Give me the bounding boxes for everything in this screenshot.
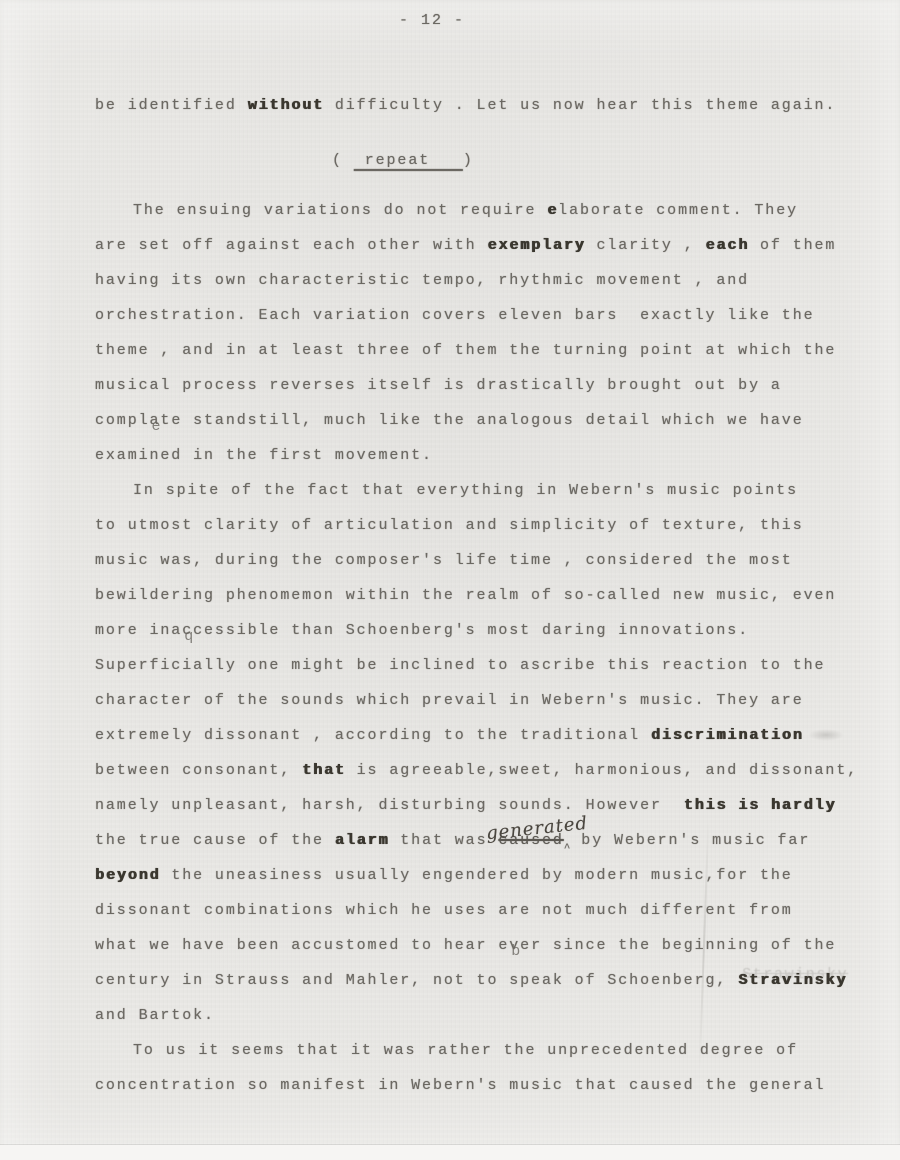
emphasized-word: that	[302, 762, 346, 779]
paragraph: In spite of the fact that everything in …	[95, 473, 865, 1033]
text-segment: between consonant,	[95, 762, 302, 779]
paragraph: To us it seems that it was rather the un…	[95, 1033, 865, 1103]
text-segment: namely unpleasant, harsh, disturbing sou…	[95, 797, 684, 814]
typed-line: In spite of the fact that everything in …	[95, 473, 865, 508]
text-segment: extremely dissonant , according to the t…	[95, 727, 651, 744]
typed-line: century in Strauss and Mahler, not to sp…	[95, 963, 865, 998]
typed-line: orchestration. Each variation covers ele…	[95, 298, 865, 333]
text-segment: the true cause of the	[95, 832, 335, 849]
text-segment: dissonant combinations which he uses are…	[95, 902, 793, 919]
text-segment: and Bartok.	[95, 1007, 215, 1024]
typed-line: dissonant combinations which he uses are…	[95, 893, 865, 928]
text-segment: theme , and in at least three of them th…	[95, 342, 836, 359]
text-segment: of them	[749, 237, 836, 254]
text-segment: repeat	[354, 152, 463, 169]
scan-bottom-edge	[0, 1145, 900, 1160]
text-segment: To us it seems that it was rather the un…	[133, 1042, 798, 1059]
ink-smudge	[808, 729, 844, 741]
text-segment: what we have been accustomed to hear e	[95, 937, 509, 954]
emphasized-word: alarm	[335, 832, 390, 849]
typed-line: the true cause of the alarm that was cau…	[95, 823, 865, 858]
text-segment: to utmost clarity of articulation and si…	[95, 517, 804, 534]
scanned-typescript-page: - 12 - be identified without difficulty …	[0, 0, 900, 1160]
emphasized-word: discrimination	[651, 727, 804, 744]
typed-line: to utmost clarity of articulation and si…	[95, 508, 865, 543]
typed-line: are set off against each other with exem…	[95, 228, 865, 263]
typed-line: having its own characteristic tempo, rhy…	[95, 263, 865, 298]
typed-line: examined in the first movement.	[95, 438, 865, 473]
emphasized-word: exemplary	[487, 237, 585, 254]
typed-line: The ensuing variations do not require el…	[95, 193, 865, 228]
text-segment: music was, during the composer's life ti…	[95, 552, 793, 569]
typed-line: ( repeat )	[332, 143, 865, 178]
text-segment: are set off against each other with	[95, 237, 487, 254]
typed-line: complaete standstill, much like the anal…	[95, 403, 865, 438]
typed-line: To us it seems that it was rather the un…	[95, 1033, 865, 1068]
text-segment: ae	[150, 412, 161, 429]
text-segment: having its own characteristic tempo, rhy…	[95, 272, 749, 289]
typed-line: bewildering phenomemon within the realm …	[95, 578, 865, 613]
emphasized-word: this is hardly	[684, 797, 837, 814]
typed-line: beyond the uneasiness usually engendered…	[95, 858, 865, 893]
typed-line: Superficially one might be inclined to a…	[95, 648, 865, 683]
text-segment: be identified	[95, 97, 248, 114]
typed-line: be identified without difficulty . Let u…	[95, 88, 865, 123]
emphasized-word: without	[248, 97, 324, 114]
text-segment: bewildering phenomemon within the realm …	[95, 587, 836, 604]
text-segment: cq	[182, 622, 193, 639]
text-segment: vb	[509, 937, 520, 954]
text-segment: The ensuing variations do not require	[133, 202, 547, 219]
typed-line: and Bartok.	[95, 998, 865, 1033]
text-segment: concentration so manifest in Webern's mu…	[95, 1077, 825, 1094]
text-segment: century in Strauss and Mahler, not to sp…	[95, 972, 738, 989]
text-segment: character of the sounds which prevail in…	[95, 692, 804, 709]
emphasized-word: each	[706, 237, 750, 254]
text-segment: examined in the first movement.	[95, 447, 433, 464]
typed-line: musical process reverses itself is drast…	[95, 368, 865, 403]
emphasized-word: StravinskyStrawinsky	[738, 972, 847, 989]
paragraph: The ensuing variations do not require el…	[95, 193, 865, 473]
text-segment: laborate comment. They	[558, 202, 798, 219]
text-segment: cessible than Schoenberg's most daring i…	[193, 622, 749, 639]
typed-line: extremely dissonant , according to the t…	[95, 718, 865, 753]
typed-line: between consonant, that is agreeable,swe…	[95, 753, 865, 788]
typed-line: concentration so manifest in Webern's mu…	[95, 1068, 865, 1103]
typed-line: theme , and in at least three of them th…	[95, 333, 865, 368]
text-segment: clarity ,	[586, 237, 706, 254]
text-segment: In spite of the fact that everything in …	[133, 482, 798, 499]
text-segment: te standstill, much like the analogous d…	[160, 412, 803, 429]
emphasized-word: beyond	[95, 867, 160, 884]
text-segment: (	[332, 152, 354, 169]
text-segment: that was	[389, 832, 498, 849]
typed-line: character of the sounds which prevail in…	[95, 683, 865, 718]
typed-line: namely unpleasant, harsh, disturbing sou…	[95, 788, 865, 823]
typed-line: music was, during the composer's life ti…	[95, 543, 865, 578]
text-segment: difficulty . Let us now hear this theme …	[324, 97, 836, 114]
text-segment: compl	[95, 412, 150, 429]
text-segment: more ina	[95, 622, 182, 639]
text-segment: musical process reverses itself is drast…	[95, 377, 782, 394]
text-segment: Superficially one might be inclined to a…	[95, 657, 825, 674]
emphasized-word: e	[547, 202, 558, 219]
erased-word-ghost: Strawinsky	[742, 957, 848, 992]
typed-body: be identified without difficulty . Let u…	[95, 0, 865, 1103]
text-segment: orchestration. Each variation covers ele…	[95, 307, 815, 324]
text-segment: er since the beginning of the	[520, 937, 836, 954]
text-segment: is agreeable,sweet, harmonious, and diss…	[346, 762, 858, 779]
typed-line: more inacqcessible than Schoenberg's mos…	[95, 613, 865, 648]
text-segment: )	[463, 152, 474, 169]
text-segment: the uneasiness usually engendered by mod…	[160, 867, 792, 884]
text-segment: by Webern's music far	[570, 832, 810, 849]
